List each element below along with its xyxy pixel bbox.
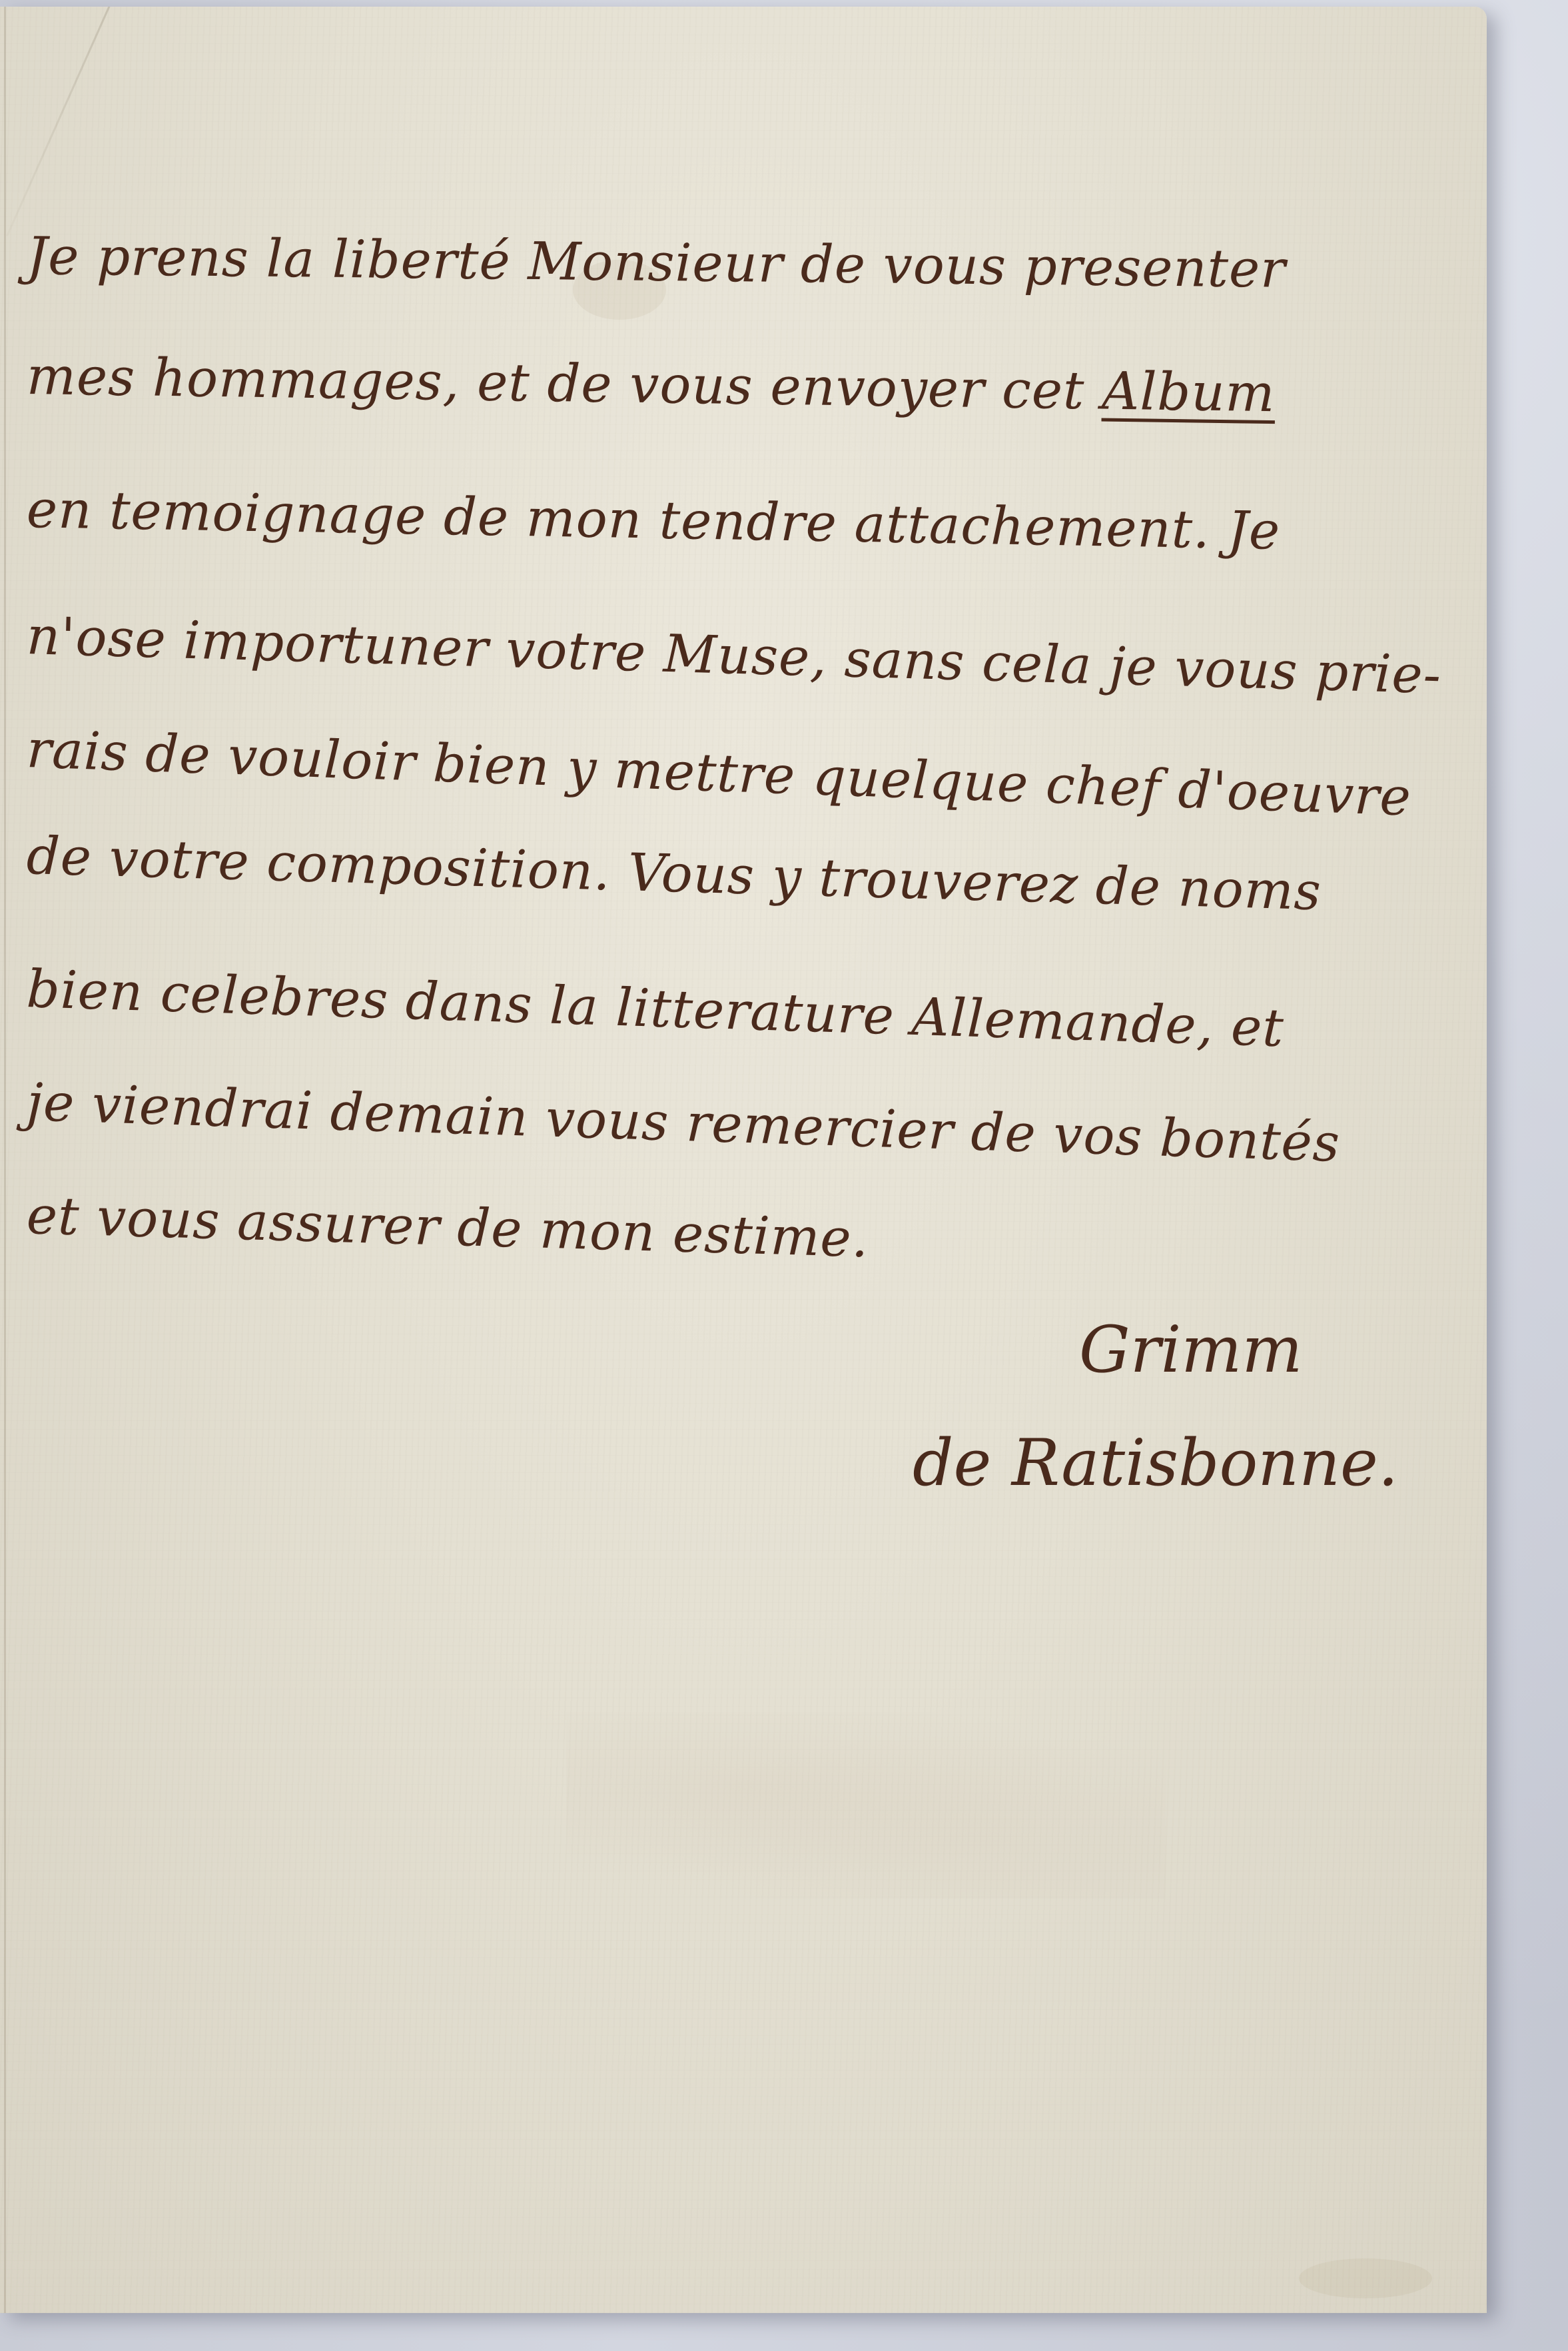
paper-edge <box>4 7 6 2313</box>
signature-place: de Ratisbonne. <box>913 1426 1398 1500</box>
paper-crease <box>6 7 122 236</box>
letter-line-1: Je prens la liberté Monsieur de vous pre… <box>27 227 1286 300</box>
letter-line-5: rais de vouloir bien y mettre quelque ch… <box>25 719 1412 828</box>
letter-line-7: bien celebres dans la litterature Allema… <box>26 959 1285 1059</box>
paper-stain <box>1299 2258 1432 2298</box>
letter-line-3: en temoignage de mon tendre attachement.… <box>26 480 1281 562</box>
letter-page: Je prens la liberté Monsieur de vous pre… <box>0 7 1487 2313</box>
letter-line-2: mes hommages, et de vous envoyer cet Alb… <box>26 346 1276 424</box>
ink-bleed-through <box>566 1712 1166 1899</box>
underlined-word-album: Album <box>1101 362 1276 424</box>
letter-line-9: et vous assurer de mon estime. <box>26 1186 870 1269</box>
letter-line-8: je viendrai demain vous remercier de vos… <box>26 1073 1342 1174</box>
signature-name: Grimm <box>1079 1312 1302 1387</box>
letter-line-4: n'ose importuner votre Muse, sans cela j… <box>26 606 1443 705</box>
letter-line-6: de votre composition. Vous y trouverez d… <box>26 826 1322 922</box>
letter-line-2-text: mes hommages, et de vous envoyer cet <box>26 346 1102 422</box>
